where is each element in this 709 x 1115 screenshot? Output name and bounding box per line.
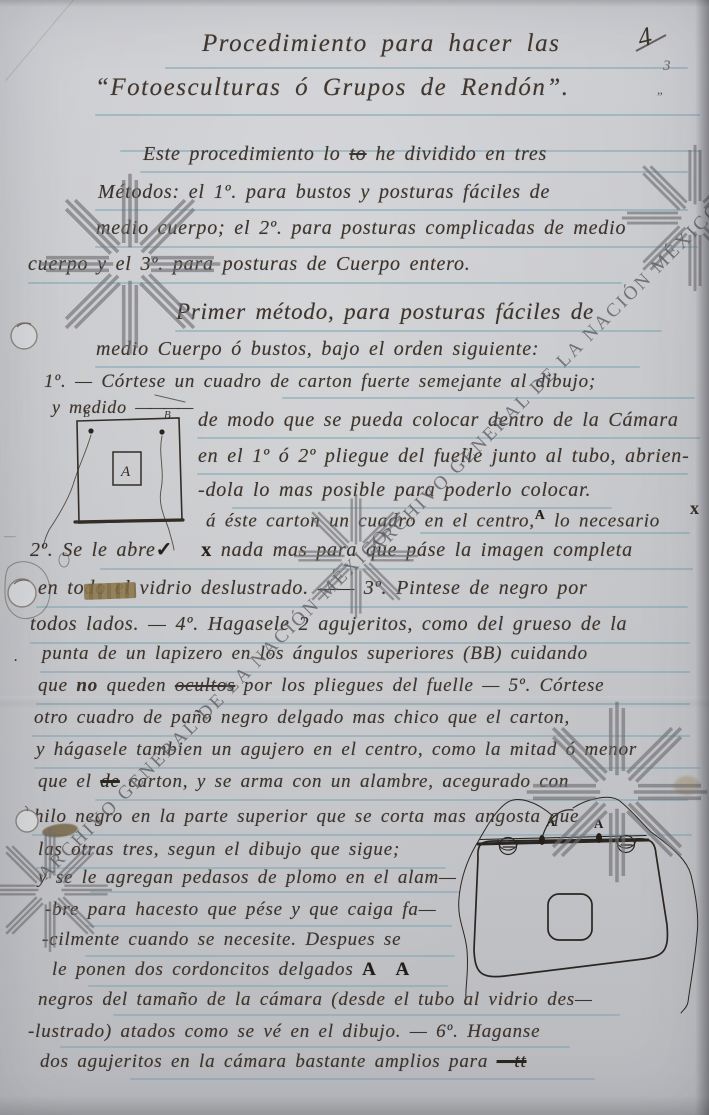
watermark-star-icon (40, 174, 221, 355)
manuscript-page: { "document": { "archive_watermark_text"… (0, 0, 709, 1115)
watermark-star-icon (527, 702, 708, 883)
